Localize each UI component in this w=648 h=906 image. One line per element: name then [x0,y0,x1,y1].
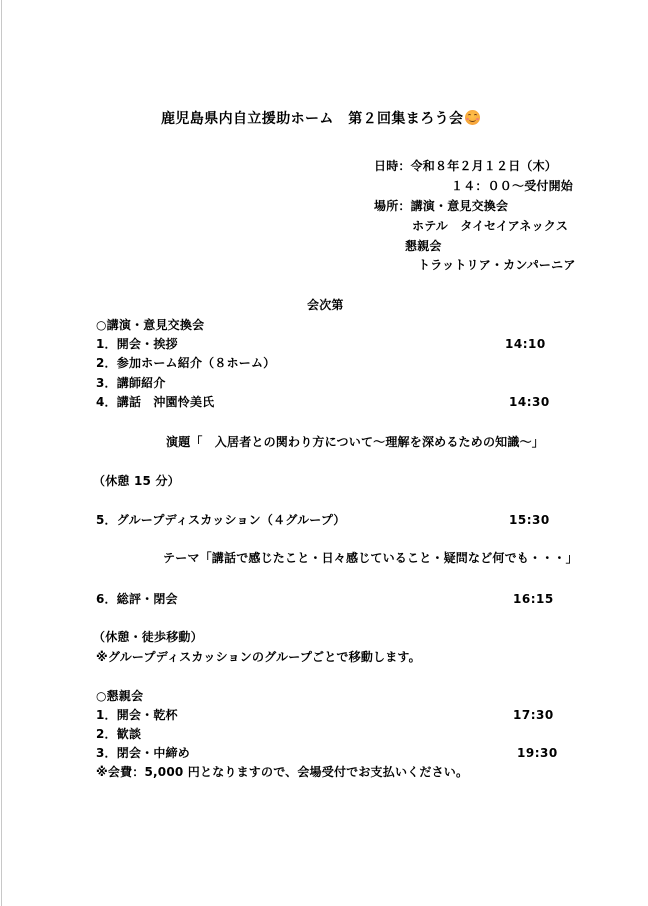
agenda-item-2-label: 2．参加ホーム紹介（８ホーム） [96,356,275,370]
section1-heading: ○講演・意見交換会 [96,318,204,332]
party-item-1-time: 17:30 [513,708,554,722]
page-edge [1,0,2,906]
agenda-item-6-label: 6．総評・閉会 [96,592,178,606]
fee-note: ※会費：5,000 円となりますので、会場受付でお支払いください。 [96,765,468,779]
agenda-item-1-label: 1．開会・挨拶 [96,337,178,351]
date-line: 日時：令和８年２月１２日（木） [374,159,557,173]
time-line: １４：００〜受付開始 [451,179,573,193]
document-title: 鹿児島県内自立援助ホーム 第２回集まろう会 [161,110,480,128]
party-item-1-label: 1．開会・乾杯 [96,708,178,722]
agenda-item-5-time: 15:30 [509,513,550,527]
agenda-item-4-time: 14:30 [509,395,550,409]
agenda-item-5-label: 5．グループディスカッション（４グループ） [96,513,345,527]
smiling-face-icon [465,110,480,125]
group-move-note: ※グループディスカッションのグループごとで移動します。 [96,650,421,664]
discussion-theme: テーマ「講話で感じたこと・日々感じていること・疑問など何でも・・・」 [163,551,578,565]
venue-lecture: ホテル タイセイアネックス [412,219,568,233]
party-item-3-time: 19:30 [517,746,558,760]
lecture-title: 演題「 入居者との関わり方について〜理解を深めるための知識〜」 [166,435,544,449]
section2-heading: ○懇親会 [96,689,143,703]
venue-party: トラットリア・カンパーニア [418,258,576,272]
agenda-item-3-label: 3．講師紹介 [96,376,166,390]
party-item-2-label: 2．歓談 [96,727,141,741]
break-walk: （休憩・徒歩移動） [93,630,203,644]
program-heading: 会次第 [307,298,344,312]
document-title-text: 鹿児島県内自立援助ホーム 第２回集まろう会 [161,111,463,127]
place-line: 場所：講演・意見交換会 [374,199,508,213]
agenda-item-6-time: 16:15 [513,592,554,606]
agenda-item-4-label: 4．講話 沖園怜美氏 [96,395,214,409]
party-item-3-label: 3．閉会・中締め [96,746,190,760]
break-15min: （休憩 15 分） [93,474,180,488]
sub-event-label: 懇親会 [405,239,442,253]
agenda-item-1-time: 14:10 [505,337,546,351]
